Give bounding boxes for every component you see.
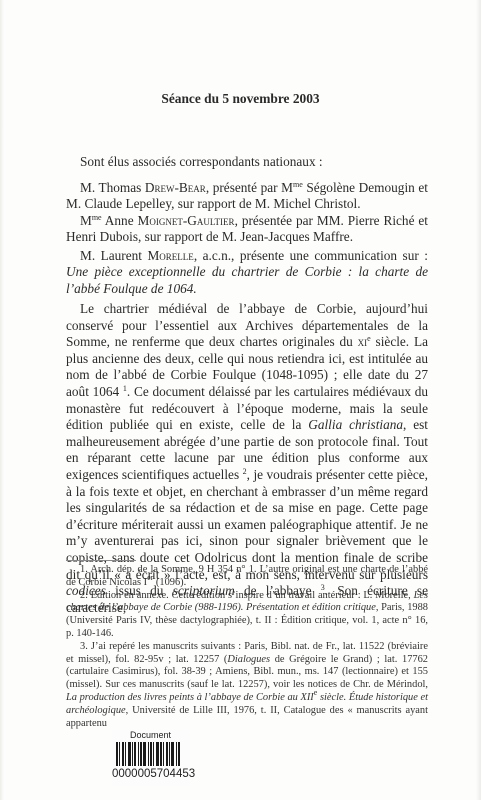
- member-entry: Mme Anne Moignet-Gaultier, présentée par…: [66, 213, 428, 246]
- barcode-label-title: Document: [130, 730, 171, 740]
- footnotes: 1. Arch. dép. de la Somme, 9 H 354 n° 1.…: [66, 564, 428, 730]
- elected-intro: Sont élus associés correspondants nation…: [66, 154, 428, 170]
- elected-members: M. Thomas Drew-Bear, présenté par Mme Sé…: [66, 180, 428, 246]
- member-name: Drew-Bear: [145, 180, 206, 195]
- footnote-2: 2. Édition en annexe. Cette édition s’in…: [66, 590, 428, 641]
- footnote-1: 1. Arch. dép. de la Somme, 9 H 354 n° 1.…: [66, 564, 428, 590]
- member-name: Moignet-Gaultier: [138, 213, 235, 228]
- communication-title: Une pièce exceptionnelle du chartrier de…: [66, 264, 428, 295]
- communication-announcement: M. Laurent Morelle, a.c.n., présente une…: [66, 248, 428, 297]
- member-entry: M. Thomas Drew-Bear, présenté par Mme Sé…: [66, 180, 428, 213]
- page-edge-left: [0, 0, 4, 800]
- speaker-name: Morelle: [147, 248, 193, 263]
- elected-intro-text: Sont élus associés correspondants nation…: [66, 154, 428, 170]
- session-title: Séance du 5 novembre 2003: [0, 91, 481, 107]
- footnote-3: 3. J’ai repéré les manuscrits suivants :…: [66, 641, 428, 731]
- page-edge-right: [476, 0, 481, 800]
- footnote-divider: [66, 560, 136, 561]
- barcode-number: 0000005704453: [112, 768, 195, 780]
- barcode-icon: [116, 742, 186, 766]
- barcode-label: Document 0000005704453: [112, 730, 190, 786]
